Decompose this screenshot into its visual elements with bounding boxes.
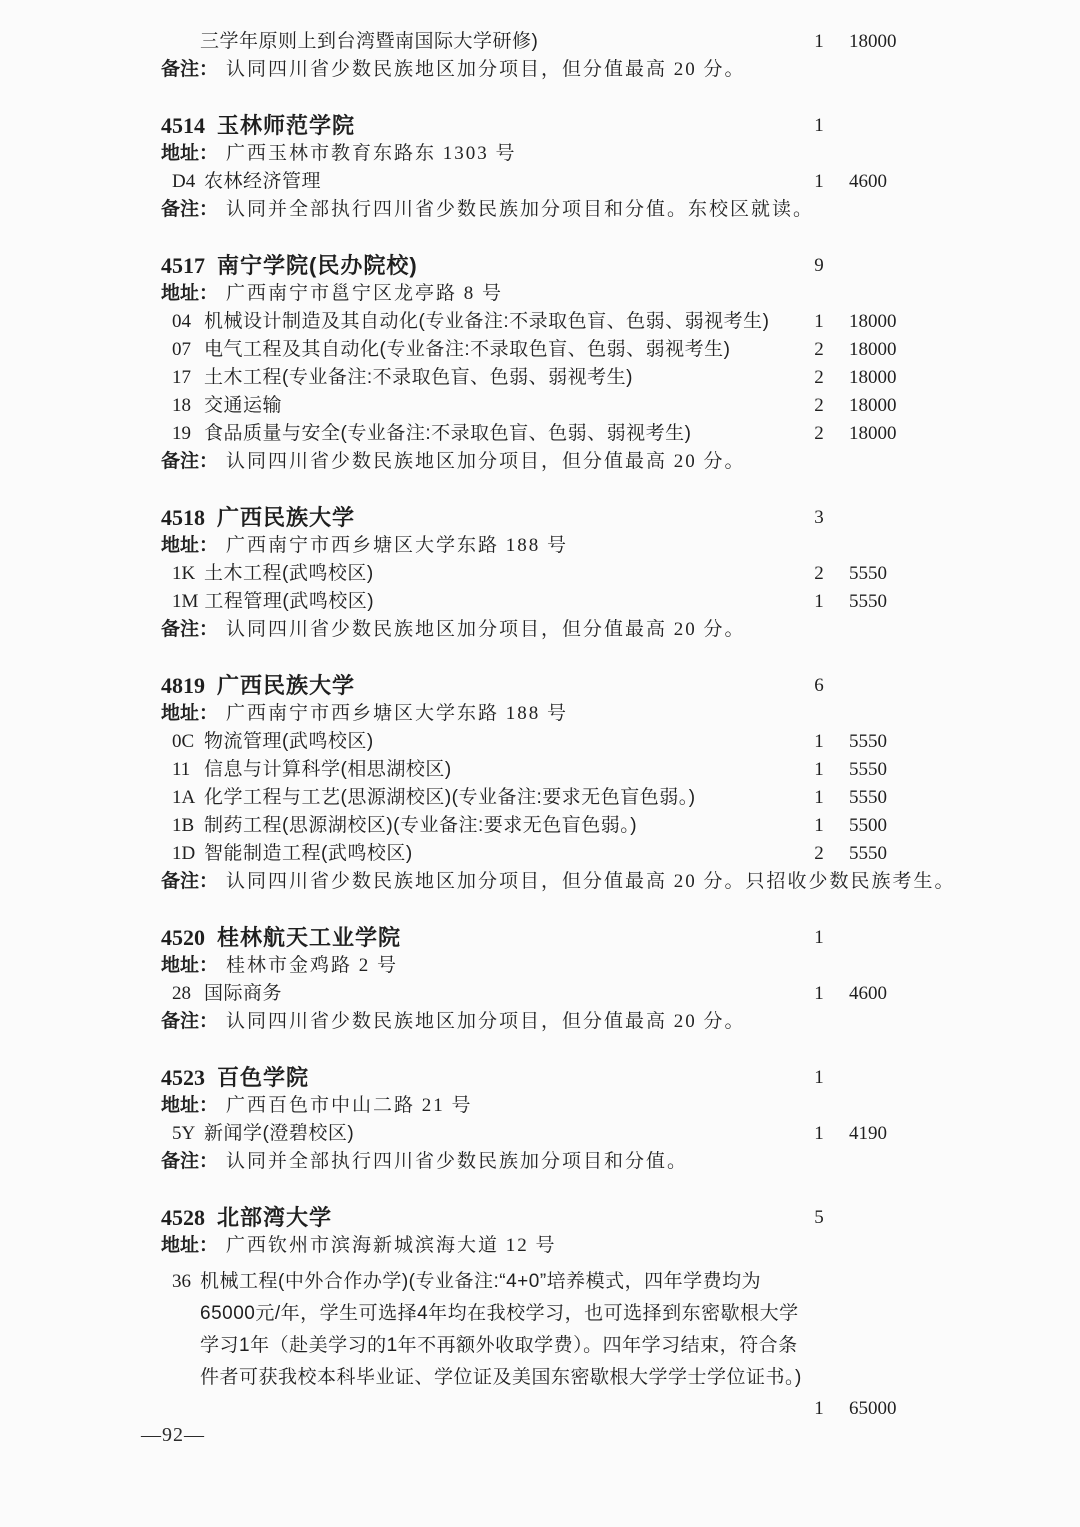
quota-value: 1 (806, 588, 832, 616)
quota-value: 2 (806, 392, 832, 420)
school-code: 4514 (161, 113, 205, 138)
fee-value: 5550 (849, 560, 887, 588)
document-page: 三学年原则上到台湾暨南国际大学研修) 1 18000 备注：认同四川省少数民族地… (0, 0, 1080, 1527)
major-code: 1A (172, 784, 198, 812)
major-row: D4农林经济管理 1 4600 (0, 168, 1080, 196)
school-quota: 5 (806, 1204, 832, 1232)
school-name: 北部湾大学 (217, 1205, 332, 1230)
quota-value: 1 (806, 756, 832, 784)
address-label: 地址： (161, 283, 218, 304)
school-quota: 6 (806, 672, 832, 700)
major-code: 0C (172, 728, 198, 756)
school-block-4528: 4528北部湾大学 5 地址：广西钦州市滨海新城滨海大道 12 号 36 机械工… (0, 1204, 1080, 1424)
school-block-4517: 4517南宁学院(民办院校) 9 地址：广西南宁市邕宁区龙亭路 8 号 04机械… (0, 252, 1080, 476)
school-block-4819: 4819广西民族大学 6 地址：广西南宁市西乡塘区大学东路 188 号 0C物流… (0, 672, 1080, 896)
school-code: 4819 (161, 673, 205, 698)
major-code: 36 (172, 1266, 191, 1298)
major-name: 国际商务 (204, 983, 282, 1004)
remark-row: 备注：认同四川省少数民族地区加分项目，但分值最高 20 分。只招收少数民族考生。 (0, 868, 1080, 896)
address-row: 地址：桂林市金鸡路 2 号 (0, 952, 1080, 980)
major-name: 工程管理(武鸣校区) (204, 591, 374, 612)
major-code: 1M (172, 588, 198, 616)
fee-value: 4600 (849, 980, 887, 1008)
quota-value: 1 (806, 168, 832, 196)
major-row: 28国际商务 1 4600 (0, 980, 1080, 1008)
school-code: 4523 (161, 1065, 205, 1090)
school-quota: 1 (806, 112, 832, 140)
fee-value: 18000 (849, 336, 897, 364)
quota-value: 1 (806, 728, 832, 756)
school-name: 南宁学院(民办院校) (217, 253, 418, 278)
quota-value: 1 (806, 28, 832, 56)
major-code: 1B (172, 812, 198, 840)
address-text: 广西玉林市教育东路东 1303 号 (226, 143, 517, 164)
remark-label: 备注： (161, 59, 218, 80)
address-label: 地址： (161, 535, 218, 556)
fee-value: 4190 (849, 1120, 887, 1148)
address-text: 广西南宁市邕宁区龙亭路 8 号 (226, 283, 503, 304)
major-name: 农林经济管理 (204, 171, 321, 192)
quota-value: 1 (806, 308, 832, 336)
fee-value: 4600 (849, 168, 887, 196)
address-row: 地址：广西南宁市邕宁区龙亭路 8 号 (0, 280, 1080, 308)
page-number: —92— (141, 1424, 205, 1447)
school-quota: 3 (806, 504, 832, 532)
remark-row: 备注：认同并全部执行四川省少数民族加分项目和分值。 (0, 1148, 1080, 1176)
remark-text: 认同并全部执行四川省少数民族加分项目和分值。东校区就读。 (226, 199, 814, 220)
school-code: 4528 (161, 1205, 205, 1230)
major-name: 物流管理(武鸣校区) (204, 731, 374, 752)
remark-text: 认同四川省少数民族地区加分项目，但分值最高 20 分。 (226, 451, 746, 472)
major-code: 17 (172, 364, 198, 392)
major-row: 19食品质量与安全(专业备注:不录取色盲、色弱、弱视考生) 2 18000 (0, 420, 1080, 448)
major-code: 04 (172, 308, 198, 336)
quota-value: 1 (806, 1120, 832, 1148)
school-block-4518: 4518广西民族大学 3 地址：广西南宁市西乡塘区大学东路 188 号 1K土木… (0, 504, 1080, 644)
fee-value: 65000 (849, 1394, 897, 1424)
major-name: 化学工程与工艺(思源湖校区)(专业备注:要求无色盲色弱。) (204, 787, 696, 808)
major-code: 07 (172, 336, 198, 364)
major-code: 18 (172, 392, 198, 420)
school-block-4514: 4514玉林师范学院 1 地址：广西玉林市教育东路东 1303 号 D4农林经济… (0, 112, 1080, 224)
quota-value: 2 (806, 336, 832, 364)
remark-row: 备注：认同并全部执行四川省少数民族加分项目和分值。东校区就读。 (0, 196, 1080, 224)
school-header-row: 4523百色学院 1 (0, 1064, 1080, 1092)
major-paragraph-line: 65000元/年，学生可选择4年均在我校学习，也可选择到东密歇根大学 (200, 1298, 1080, 1330)
school-quota: 1 (806, 1064, 832, 1092)
major-paragraph: 36 机械工程(中外合作办学)(专业备注:“4+0”培养模式，四年学费均为 65… (0, 1266, 1080, 1394)
address-label: 地址： (161, 1095, 218, 1116)
quota-value: 1 (806, 1394, 832, 1424)
fee-value: 18000 (849, 420, 897, 448)
fee-value: 5550 (849, 588, 887, 616)
school-name: 广西民族大学 (217, 673, 355, 698)
school-name: 玉林师范学院 (217, 113, 355, 138)
fee-value: 18000 (849, 392, 897, 420)
major-name: 三学年原则上到台湾暨南国际大学研修) (200, 31, 538, 52)
school-header-row: 4514玉林师范学院 1 (0, 112, 1080, 140)
address-text: 广西南宁市西乡塘区大学东路 188 号 (226, 535, 568, 556)
quota-value: 1 (806, 812, 832, 840)
remark-text: 认同四川省少数民族地区加分项目，但分值最高 20 分。 (226, 1011, 746, 1032)
major-name: 信息与计算科学(相思湖校区) (204, 759, 452, 780)
remark-label: 备注： (161, 451, 218, 472)
major-row: 07电气工程及其自动化(专业备注:不录取色盲、色弱、弱视考生) 2 18000 (0, 336, 1080, 364)
major-row: 5Y新闻学(澄碧校区) 1 4190 (0, 1120, 1080, 1148)
school-header-row: 4518广西民族大学 3 (0, 504, 1080, 532)
quota-value: 2 (806, 840, 832, 868)
remark-label: 备注： (161, 1011, 218, 1032)
school-block-4520: 4520桂林航天工业学院 1 地址：桂林市金鸡路 2 号 28国际商务 1 46… (0, 924, 1080, 1036)
major-name: 机械设计制造及其自动化(专业备注:不录取色盲、色弱、弱视考生) (204, 311, 769, 332)
major-paragraph-line: 件者可获我校本科毕业证、学位证及美国东密歇根大学学士学位证书。) (200, 1362, 1080, 1394)
address-row: 地址：广西百色市中山二路 21 号 (0, 1092, 1080, 1120)
school-name: 广西民族大学 (217, 505, 355, 530)
quota-value: 2 (806, 420, 832, 448)
address-row: 地址：广西南宁市西乡塘区大学东路 188 号 (0, 532, 1080, 560)
major-row: 18交通运输 2 18000 (0, 392, 1080, 420)
fee-value: 18000 (849, 364, 897, 392)
remark-label: 备注： (161, 199, 218, 220)
major-code: 5Y (172, 1120, 198, 1148)
school-code: 4520 (161, 925, 205, 950)
major-name: 制药工程(思源湖校区)(专业备注:要求无色盲色弱。) (204, 815, 637, 836)
address-text: 桂林市金鸡路 2 号 (226, 955, 398, 976)
school-name: 桂林航天工业学院 (217, 925, 401, 950)
major-name: 交通运输 (204, 395, 282, 416)
major-fee-row: 1 65000 (0, 1394, 1080, 1424)
major-row: 1K土木工程(武鸣校区) 2 5550 (0, 560, 1080, 588)
major-row: 04机械设计制造及其自动化(专业备注:不录取色盲、色弱、弱视考生) 1 1800… (0, 308, 1080, 336)
remark-row: 备注：认同四川省少数民族地区加分项目，但分值最高 20 分。 (0, 616, 1080, 644)
remark-label: 备注： (161, 619, 218, 640)
major-name: 新闻学(澄碧校区) (204, 1123, 354, 1144)
address-row: 地址：广西玉林市教育东路东 1303 号 (0, 140, 1080, 168)
school-block-4523: 4523百色学院 1 地址：广西百色市中山二路 21 号 5Y新闻学(澄碧校区)… (0, 1064, 1080, 1176)
major-row: 11信息与计算科学(相思湖校区) 1 5550 (0, 756, 1080, 784)
school-header-row: 4528北部湾大学 5 (0, 1204, 1080, 1232)
remark-row: 备注：认同四川省少数民族地区加分项目，但分值最高 20 分。 (0, 1008, 1080, 1036)
school-code: 4517 (161, 253, 205, 278)
major-code: 11 (172, 756, 198, 784)
major-row: 0C物流管理(武鸣校区) 1 5550 (0, 728, 1080, 756)
school-header-row: 4517南宁学院(民办院校) 9 (0, 252, 1080, 280)
major-paragraph-lines: 机械工程(中外合作办学)(专业备注:“4+0”培养模式，四年学费均为 65000… (0, 1266, 1080, 1394)
continuation-major-row: 三学年原则上到台湾暨南国际大学研修) 1 18000 (0, 28, 1080, 56)
remark-text: 认同四川省少数民族地区加分项目，但分值最高 20 分。 (226, 59, 746, 80)
address-row: 地址：广西钦州市滨海新城滨海大道 12 号 (0, 1232, 1080, 1260)
quota-value: 1 (806, 784, 832, 812)
major-row: 17土木工程(专业备注:不录取色盲、色弱、弱视考生) 2 18000 (0, 364, 1080, 392)
address-label: 地址： (161, 1235, 218, 1256)
quota-value: 2 (806, 364, 832, 392)
major-row: 1A化学工程与工艺(思源湖校区)(专业备注:要求无色盲色弱。) 1 5550 (0, 784, 1080, 812)
major-row: 1B制药工程(思源湖校区)(专业备注:要求无色盲色弱。) 1 5500 (0, 812, 1080, 840)
major-paragraph-line: 机械工程(中外合作办学)(专业备注:“4+0”培养模式，四年学费均为 (200, 1266, 1080, 1298)
fee-value: 5550 (849, 784, 887, 812)
remark-row: 备注：认同四川省少数民族地区加分项目，但分值最高 20 分。 (0, 448, 1080, 476)
address-text: 广西百色市中山二路 21 号 (226, 1095, 473, 1116)
major-paragraph-line: 学习1年（赴美学习的1年不再额外收取学费）。四年学习结束，符合条 (200, 1330, 1080, 1362)
address-row: 地址：广西南宁市西乡塘区大学东路 188 号 (0, 700, 1080, 728)
fee-value: 5550 (849, 728, 887, 756)
address-text: 广西南宁市西乡塘区大学东路 188 号 (226, 703, 568, 724)
remark-label: 备注： (161, 871, 218, 892)
major-code: 1K (172, 560, 198, 588)
remark-row: 备注：认同四川省少数民族地区加分项目，但分值最高 20 分。 (0, 56, 1080, 84)
major-name: 土木工程(专业备注:不录取色盲、色弱、弱视考生) (204, 367, 633, 388)
major-name: 食品质量与安全(专业备注:不录取色盲、色弱、弱视考生) (204, 423, 691, 444)
school-header-row: 4819广西民族大学 6 (0, 672, 1080, 700)
major-name: 土木工程(武鸣校区) (204, 563, 374, 584)
fee-value: 5500 (849, 812, 887, 840)
school-header-row: 4520桂林航天工业学院 1 (0, 924, 1080, 952)
major-code: 19 (172, 420, 198, 448)
fee-value: 18000 (849, 28, 897, 56)
fee-value: 5550 (849, 756, 887, 784)
major-row: 1D智能制造工程(武鸣校区) 2 5550 (0, 840, 1080, 868)
remark-label: 备注： (161, 1151, 218, 1172)
address-label: 地址： (161, 143, 218, 164)
school-name: 百色学院 (217, 1065, 309, 1090)
remark-text: 认同四川省少数民族地区加分项目，但分值最高 20 分。只招收少数民族考生。 (226, 871, 956, 892)
address-label: 地址： (161, 703, 218, 724)
quota-value: 1 (806, 980, 832, 1008)
major-code: 1D (172, 840, 198, 868)
school-quota: 1 (806, 924, 832, 952)
fee-value: 18000 (849, 308, 897, 336)
major-name: 电气工程及其自动化(专业备注:不录取色盲、色弱、弱视考生) (204, 339, 730, 360)
major-name: 智能制造工程(武鸣校区) (204, 843, 413, 864)
major-row: 1M工程管理(武鸣校区) 1 5550 (0, 588, 1080, 616)
major-code: 28 (172, 980, 198, 1008)
remark-text: 认同并全部执行四川省少数民族加分项目和分值。 (226, 1151, 688, 1172)
address-text: 广西钦州市滨海新城滨海大道 12 号 (226, 1235, 557, 1256)
school-quota: 9 (806, 252, 832, 280)
quota-value: 2 (806, 560, 832, 588)
remark-text: 认同四川省少数民族地区加分项目，但分值最高 20 分。 (226, 619, 746, 640)
fee-value: 5550 (849, 840, 887, 868)
school-code: 4518 (161, 505, 205, 530)
major-code: D4 (172, 168, 198, 196)
address-label: 地址： (161, 955, 218, 976)
